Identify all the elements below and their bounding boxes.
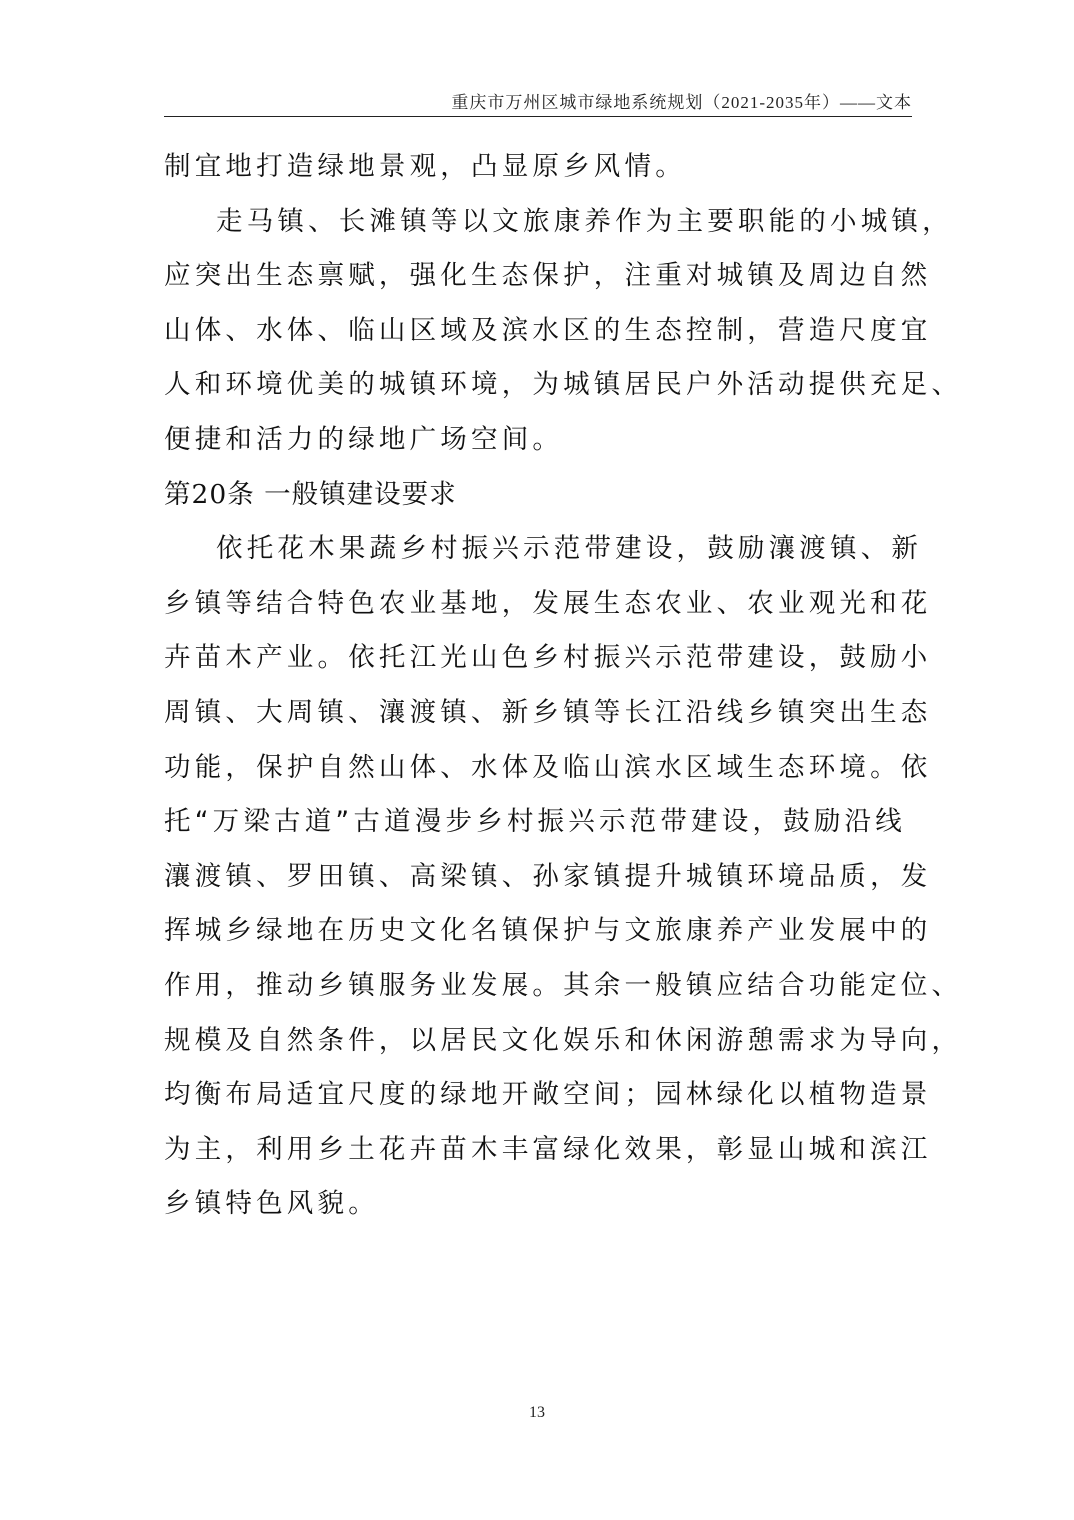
text-line: 便捷和活力的绿地广场空间。 xyxy=(164,413,914,468)
text-line: 挥城乡绿地在历史文化名镇保护与文旅康养产业发展中的 xyxy=(164,904,914,959)
text-line: 卉苗木产业。依托江光山色乡村振兴示范带建设，鼓励小 xyxy=(164,631,914,686)
text-line: 制宜地打造绿地景观，凸显原乡风情。 xyxy=(164,140,914,195)
text-line: 周镇、大周镇、瀼渡镇、新乡镇等长江沿线乡镇突出生态 xyxy=(164,686,914,741)
text-line: 瀼渡镇、罗田镇、高梁镇、孙家镇提升城镇环境品质，发 xyxy=(164,850,914,905)
text-line: 乡镇等结合特色农业基地，发展生态农业、农业观光和花 xyxy=(164,577,914,632)
section-heading: 第20条 一般镇建设要求 xyxy=(164,468,914,523)
text-line: 托“万梁古道”古道漫步乡村振兴示范带建设，鼓励沿线 xyxy=(164,795,914,850)
text-line: 应突出生态禀赋，强化生态保护，注重对城镇及周边自然 xyxy=(164,249,914,304)
paragraph-start-line: 走马镇、长滩镇等以文旅康养作为主要职能的小城镇， xyxy=(164,195,914,250)
document-body: 制宜地打造绿地景观，凸显原乡风情。 走马镇、长滩镇等以文旅康养作为主要职能的小城… xyxy=(164,140,914,1232)
page-number: 13 xyxy=(0,1404,1074,1422)
paragraph-start-line: 依托花木果蔬乡村振兴示范带建设，鼓励瀼渡镇、新 xyxy=(164,522,914,577)
text-line: 均衡布局适宜尺度的绿地开敞空间；园林绿化以植物造景 xyxy=(164,1068,914,1123)
text-line: 功能，保护自然山体、水体及临山滨水区域生态环境。依 xyxy=(164,741,914,796)
text-line: 山体、水体、临山区域及滨水区的生态控制，营造尺度宜 xyxy=(164,304,914,359)
text-line: 作用，推动乡镇服务业发展。其余一般镇应结合功能定位、 xyxy=(164,959,914,1014)
text-line: 人和环境优美的城镇环境，为城镇居民户外活动提供充足、 xyxy=(164,358,914,413)
text-line: 规模及自然条件，以居民文化娱乐和休闲游憩需求为导向， xyxy=(164,1014,914,1069)
document-title: 重庆市万州区城市绿地系统规划（2021-2035年）——文本 xyxy=(451,88,912,113)
text-line: 乡镇特色风貌。 xyxy=(164,1177,914,1232)
running-header: 重庆市万州区城市绿地系统规划（2021-2035年）——文本 xyxy=(164,86,912,117)
text-line: 为主，利用乡土花卉苗木丰富绿化效果，彰显山城和滨江 xyxy=(164,1123,914,1178)
